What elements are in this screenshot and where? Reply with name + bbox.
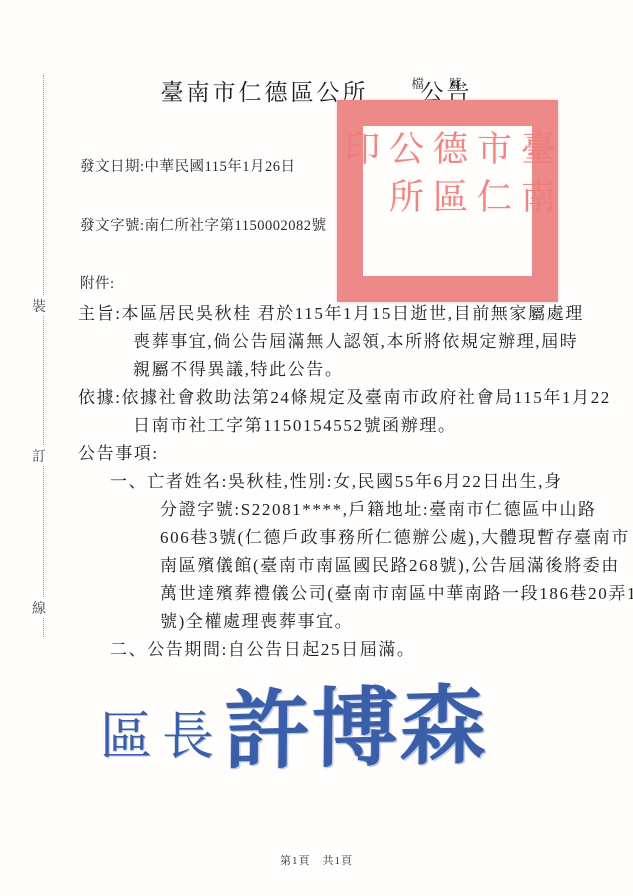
signature-stamp: 區長 許博森 [100,686,488,772]
binding-mark-ding: 訂 [24,446,54,466]
signer-name: 許博森 [224,683,489,776]
body-line: 依據:依據社會救助法第24條規定及臺南市政府社會局115年1月22 [0,384,600,412]
seal-script-text: 臺南市仁德區公所印 [338,130,558,272]
official-seal-stamp: 臺南市仁德區公所印 [337,100,558,302]
body-line: 二、公告期間:自公告日起25日屆滿。 [0,636,600,664]
body-line: 喪葬事宜,倘公告屆滿無人認領,本所將依規定辦理,屆時 [0,328,600,356]
body-line: 萬世達殯葬禮儀公司(臺南市南區中華南路一段186巷20弄11 [0,580,600,608]
body-line: 日南市社工字第1150154552號函辦理。 [0,412,600,440]
binding-mark-xian: 線 [24,598,54,618]
page-number-footer: 第1頁 共1頁 [0,852,633,868]
doc-number-line: 發文字號:南仁所社字第1150002082號 [80,217,327,237]
body-line: 親屬不得異議,特此公告。 [0,356,600,384]
body-line: 606巷3號(仁德戶政事務所仁德辦公處),大體現暫存臺南市 [0,524,600,552]
body-line: 分證字號:S22081****,戶籍地址:臺南市仁德區中山路 [0,496,600,524]
document-page: 裝 訂 線 檔 號: 保存年限: 臺南市仁德區公所 公告 發文日期:中華民國11… [0,0,633,896]
body-line: 公告事項: [0,440,600,468]
issue-date-line: 發文日期:中華民國115年1月26日 [80,158,327,178]
body-line: 號)全權處理喪葬事宜。 [0,608,600,636]
signer-title: 區長 [100,712,224,764]
body-line: 一、亡者姓名:吳秋桂,性別:女,民國55年6月22日出生,身 [0,468,600,496]
body-line: 南區殯儀館(臺南市南區國民路268號),公告屆滿後將委由 [0,552,600,580]
attachment-line: 附件: [80,275,327,295]
binding-mark-zhuang: 裝 [24,296,54,316]
body-line: 主旨:本區居民吳秋桂 君於115年1月15日逝世,目前無家屬處理 [0,300,600,328]
announcement-body: 主旨:本區居民吳秋桂 君於115年1月15日逝世,目前無家屬處理喪葬事宜,倘公告… [0,300,600,664]
